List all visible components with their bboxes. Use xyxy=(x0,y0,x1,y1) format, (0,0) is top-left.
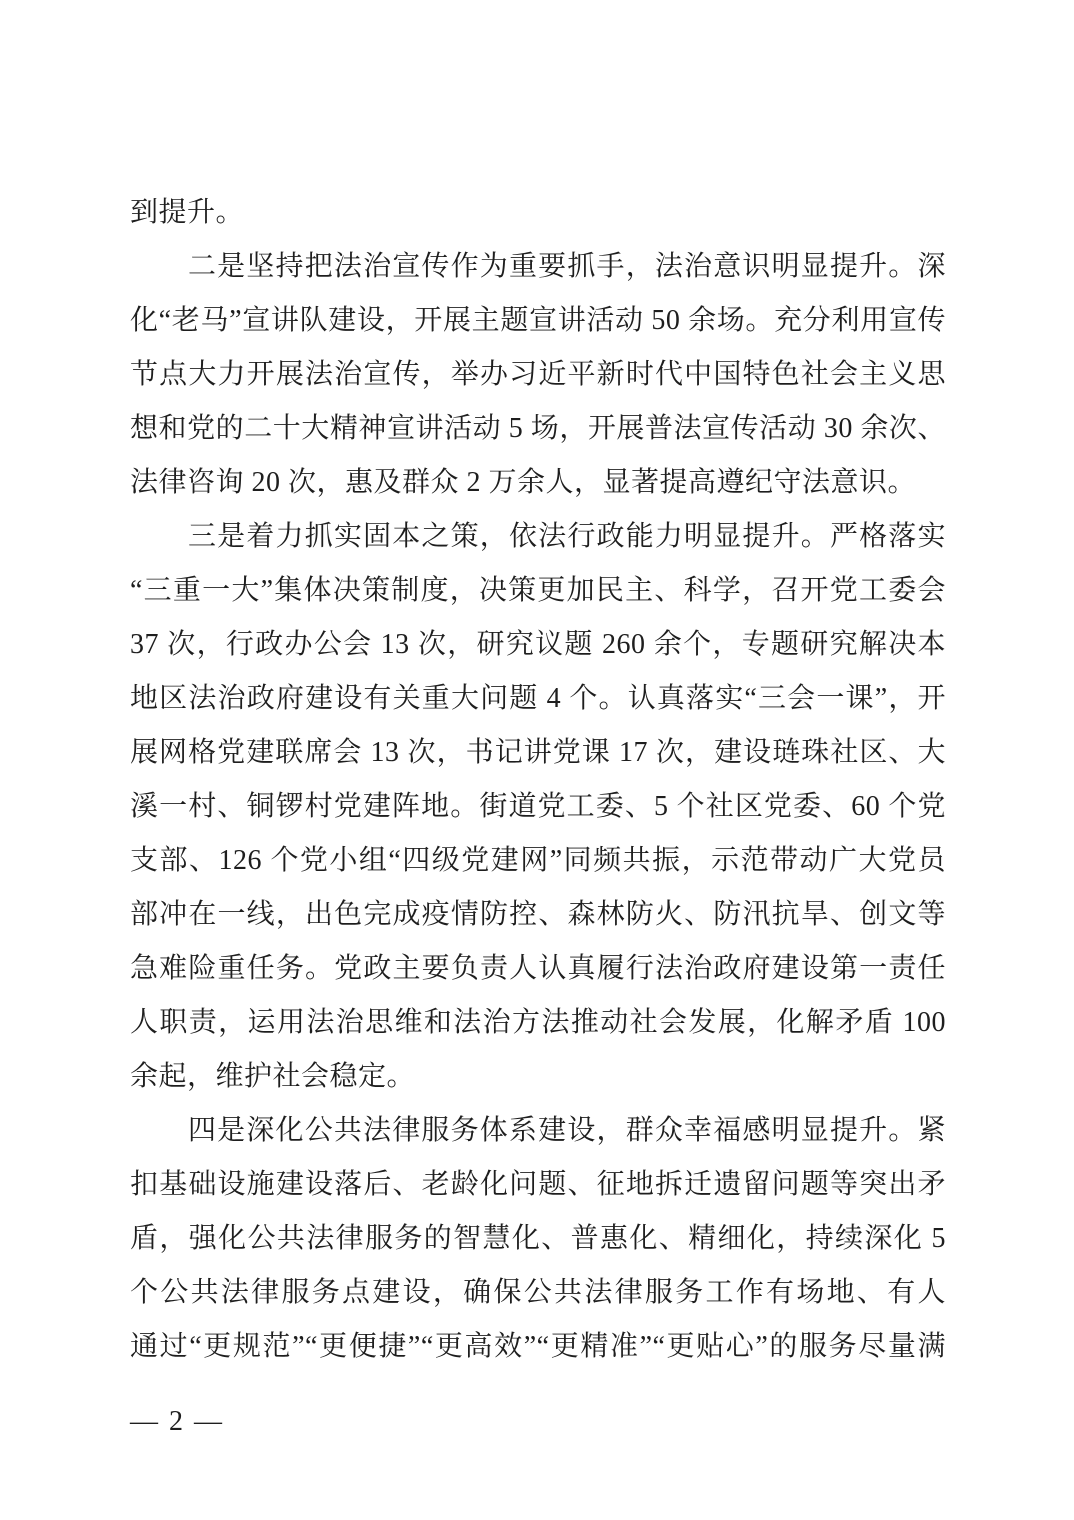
text-line: 地区法治政府建设有关重大问题 4 个。认真落实“三会一课”，开 xyxy=(130,672,946,726)
text-line: 到提升。 xyxy=(130,186,946,240)
text-line: 部冲在一线，出色完成疫情防控、森林防火、防汛抗旱、创文等 xyxy=(130,888,946,942)
text-line: 通过“更规范”“更便捷”“更高效”“更精准”“更贴心”的服务尽量满 xyxy=(130,1320,946,1374)
text-line: 二是坚持把法治宣传作为重要抓手，法治意识明显提升。深 xyxy=(130,240,946,294)
text-line: 三是着力抓实固本之策，依法行政能力明显提升。严格落实 xyxy=(130,510,946,564)
text-line: 法律咨询 20 次，惠及群众 2 万余人，显著提高遵纪守法意识。 xyxy=(130,456,946,510)
document-page: 到提升。 二是坚持把法治宣传作为重要抓手，法治意识明显提升。深 化“老马”宣讲队… xyxy=(0,0,1074,1520)
text-line: 扣基础设施建设落后、老龄化问题、征地拆迁遗留问题等突出矛 xyxy=(130,1158,946,1212)
paragraph: 四是深化公共法律服务体系建设，群众幸福感明显提升。紧 扣基础设施建设落后、老龄化… xyxy=(130,1104,946,1374)
page-number: — 2 — xyxy=(130,1404,224,1440)
document-body: 到提升。 二是坚持把法治宣传作为重要抓手，法治意识明显提升。深 化“老马”宣讲队… xyxy=(130,186,946,1374)
text-line: 想和党的二十大精神宣讲活动 5 场，开展普法宣传活动 30 余次、 xyxy=(130,402,946,456)
text-line: “三重一大”集体决策制度，决策更加民主、科学，召开党工委会 xyxy=(130,564,946,618)
text-line: 支部、126 个党小组“四级党建网”同频共振，示范带动广大党员干 xyxy=(130,834,946,888)
text-line: 化“老马”宣讲队建设，开展主题宣讲活动 50 余场。充分利用宣传 xyxy=(130,294,946,348)
text-line: 个公共法律服务点建设，确保公共法律服务工作有场地、有人员， xyxy=(130,1266,946,1320)
text-line: 37 次，行政办公会 13 次，研究议题 260 余个，专题研究解决本 xyxy=(130,618,946,672)
paragraph: 三是着力抓实固本之策，依法行政能力明显提升。严格落实 “三重一大”集体决策制度，… xyxy=(130,510,946,1104)
paragraph: 二是坚持把法治宣传作为重要抓手，法治意识明显提升。深 化“老马”宣讲队建设，开展… xyxy=(130,240,946,510)
text-line: 溪一村、铜锣村党建阵地。街道党工委、5 个社区党委、60 个党 xyxy=(130,780,946,834)
text-line: 余起，维护社会稳定。 xyxy=(130,1050,946,1104)
paragraph: 到提升。 xyxy=(130,186,946,240)
text-line: 盾，强化公共法律服务的智慧化、普惠化、精细化，持续深化 5 xyxy=(130,1212,946,1266)
text-line: 四是深化公共法律服务体系建设，群众幸福感明显提升。紧 xyxy=(130,1104,946,1158)
text-line: 人职责，运用法治思维和法治方法推动社会发展，化解矛盾 100 xyxy=(130,996,946,1050)
text-line: 节点大力开展法治宣传，举办习近平新时代中国特色社会主义思 xyxy=(130,348,946,402)
text-line: 急难险重任务。党政主要负责人认真履行法治政府建设第一责任 xyxy=(130,942,946,996)
text-line: 展网格党建联席会 13 次，书记讲党课 17 次，建设琏珠社区、大 xyxy=(130,726,946,780)
